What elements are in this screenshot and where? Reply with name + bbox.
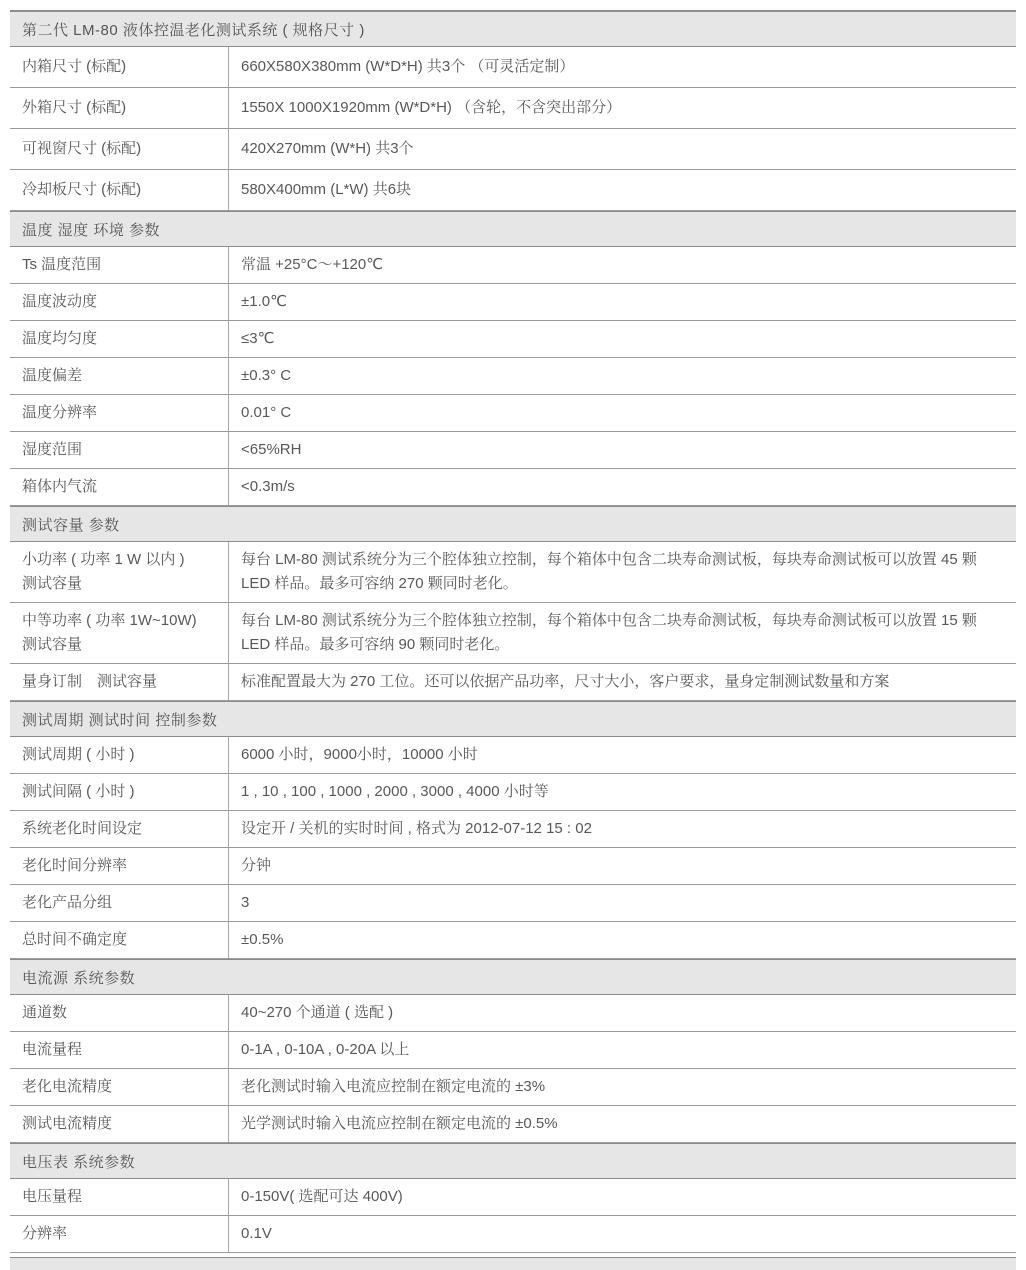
section-header-text: 测试容量 参数	[22, 514, 120, 535]
spec-value-text: 660X580X380mm (W*D*H) 共3个 （可灵活定制）	[241, 55, 574, 79]
table-row: 通道数 40~270 个通道 ( 选配 )	[10, 995, 1016, 1032]
table-row: 温度波动度 ±1.0℃	[10, 284, 1016, 321]
spec-label: 箱体内气流	[10, 469, 228, 505]
section-header-current-source: 电流源 系统参数	[10, 959, 1016, 995]
spec-label: 测试周期 ( 小时 )	[10, 737, 228, 773]
table-row: 测试电流精度 光学测试时输入电流应控制在额定电流的 ±0.5%	[10, 1106, 1016, 1143]
table-row: 老化产品分组 3	[10, 885, 1016, 922]
spec-value-text: 常温 +25°C～+120℃	[241, 253, 383, 277]
section-header-voltmeter: 电压表 系统参数	[10, 1143, 1016, 1179]
section-header-text: 测试周期 测试时间 控制参数	[22, 709, 217, 730]
table-row: 系统老化时间设定 设定开 / 关机的实时时间 , 格式为 2012-07-12 …	[10, 811, 1016, 848]
spec-label: 量身订制 测试容量	[10, 664, 228, 700]
section-header-text: 电压表 系统参数	[22, 1151, 135, 1172]
spec-label: 测试电流精度	[10, 1106, 228, 1142]
spec-value: 420X270mm (W*H) 共3个	[228, 129, 1016, 169]
table-row: 电流量程 0-1A , 0-10A , 0-20A 以上	[10, 1032, 1016, 1069]
spec-value-text: 设定开 / 关机的实时时间 , 格式为 2012-07-12 15 : 02	[241, 817, 592, 841]
spec-value-text: 标准配置最大为 270 工位。还可以依据产品功率，尺寸大小，客户要求，量身定制测…	[241, 670, 889, 694]
spec-value-text: ±1.0℃	[241, 290, 287, 314]
spec-label: 测试间隔 ( 小时 )	[10, 774, 228, 810]
spec-value: 老化测试时输入电流应控制在额定电流的 ±3%	[228, 1069, 1016, 1105]
page-title: 第二代 LM-80 液体控温老化测试系统 ( 规格尺寸 )	[10, 10, 1016, 47]
spec-value: <65%RH	[228, 432, 1016, 468]
spec-value-text: 老化测试时输入电流应控制在额定电流的 ±3%	[241, 1075, 545, 1099]
spec-value: 每台 LM-80 测试系统分为三个腔体独立控制，每个箱体中包含二块寿命测试板，每…	[228, 542, 1016, 602]
spec-value-text: 0-1A , 0-10A , 0-20A 以上	[241, 1038, 409, 1062]
spec-value-text: <0.3m/s	[241, 475, 295, 499]
spec-value: 1550X 1000X1920mm (W*D*H) （含轮，不含突出部分）	[228, 88, 1016, 128]
table-row: 内箱尺寸 (标配) 660X580X380mm (W*D*H) 共3个 （可灵活…	[10, 47, 1016, 88]
spec-value-text: 1 , 10 , 100 , 1000 , 2000 , 3000 , 4000…	[241, 780, 549, 804]
table-row: 测试间隔 ( 小时 ) 1 , 10 , 100 , 1000 , 2000 ,…	[10, 774, 1016, 811]
spec-value: 分钟	[228, 848, 1016, 884]
spec-label: 温度偏差	[10, 358, 228, 394]
section-header-text: 温度 湿度 环境 参数	[22, 219, 160, 240]
table-row: 中等功率 ( 功率 1W~10W) 测试容量 每台 LM-80 测试系统分为三个…	[10, 603, 1016, 664]
spec-value-text: <65%RH	[241, 438, 301, 462]
spec-label: 电流量程	[10, 1032, 228, 1068]
spec-value-text: 420X270mm (W*H) 共3个	[241, 137, 414, 161]
spec-label: 总时间不确定度	[10, 922, 228, 958]
spec-value: ±1.0℃	[228, 284, 1016, 320]
spec-value-text: 每台 LM-80 测试系统分为三个腔体独立控制，每个箱体中包含二块寿命测试板，每…	[241, 609, 1006, 657]
cutoff-section-band	[10, 1257, 1016, 1270]
spec-value: 6000 小时，9000小时，10000 小时	[228, 737, 1016, 773]
section-header-temperature: 温度 湿度 环境 参数	[10, 211, 1016, 247]
spec-value-text: 40~270 个通道 ( 选配 )	[241, 1001, 393, 1025]
table-row: 温度均匀度 ≤3℃	[10, 321, 1016, 358]
spec-label: 老化时间分辨率	[10, 848, 228, 884]
spec-value: ±0.3° C	[228, 358, 1016, 394]
spec-value: <0.3m/s	[228, 469, 1016, 505]
spec-label: 外箱尺寸 (标配)	[10, 90, 228, 126]
spec-label: 温度分辨率	[10, 395, 228, 431]
spec-value-text: 580X400mm (L*W) 共6块	[241, 178, 411, 202]
table-row: 量身订制 测试容量 标准配置最大为 270 工位。还可以依据产品功率，尺寸大小，…	[10, 664, 1016, 701]
spec-value-text: 每台 LM-80 测试系统分为三个腔体独立控制，每个箱体中包含二块寿命测试板，每…	[241, 548, 1006, 596]
page-title-text: 第二代 LM-80 液体控温老化测试系统 ( 规格尺寸 )	[22, 19, 365, 40]
table-row: 老化时间分辨率 分钟	[10, 848, 1016, 885]
table-row: 箱体内气流 <0.3m/s	[10, 469, 1016, 506]
table-row: 冷却板尺寸 (标配) 580X400mm (L*W) 共6块	[10, 170, 1016, 211]
spec-label: 小功率 ( 功率 1 W 以内 ) 测试容量	[10, 542, 228, 602]
spec-value-text: ±0.3° C	[241, 364, 291, 388]
table-row: 电压量程 0-150V( 选配可达 400V)	[10, 1179, 1016, 1216]
spec-label: 可视窗尺寸 (标配)	[10, 131, 228, 167]
spec-label: 冷却板尺寸 (标配)	[10, 172, 228, 208]
table-row: 小功率 ( 功率 1 W 以内 ) 测试容量 每台 LM-80 测试系统分为三个…	[10, 542, 1016, 603]
spec-label: 分辨率	[10, 1216, 228, 1252]
spec-value-text: 1550X 1000X1920mm (W*D*H) （含轮，不含突出部分）	[241, 96, 621, 120]
spec-value: 常温 +25°C～+120℃	[228, 247, 1016, 283]
spec-label: 通道数	[10, 995, 228, 1031]
spec-value-text: 0.01° C	[241, 401, 291, 425]
spec-value-text: 3	[241, 891, 249, 915]
section-capacity: 小功率 ( 功率 1 W 以内 ) 测试容量 每台 LM-80 测试系统分为三个…	[10, 542, 1016, 701]
table-row: 可视窗尺寸 (标配) 420X270mm (W*H) 共3个	[10, 129, 1016, 170]
spec-value: 0-1A , 0-10A , 0-20A 以上	[228, 1032, 1016, 1068]
spec-value: ±0.5%	[228, 922, 1016, 958]
spec-value: 0.1V	[228, 1216, 1016, 1252]
spec-label: 老化电流精度	[10, 1069, 228, 1105]
spec-value: 设定开 / 关机的实时时间 , 格式为 2012-07-12 15 : 02	[228, 811, 1016, 847]
spec-value: 0-150V( 选配可达 400V)	[228, 1179, 1016, 1215]
table-row: 外箱尺寸 (标配) 1550X 1000X1920mm (W*D*H) （含轮，…	[10, 88, 1016, 129]
spec-value: 每台 LM-80 测试系统分为三个腔体独立控制，每个箱体中包含二块寿命测试板，每…	[228, 603, 1016, 663]
spec-label: 老化产品分组	[10, 885, 228, 921]
table-row: Ts 温度范围 常温 +25°C～+120℃	[10, 247, 1016, 284]
spec-value-text: ≤3℃	[241, 327, 274, 351]
section-current-source: 通道数 40~270 个通道 ( 选配 ) 电流量程 0-1A , 0-10A …	[10, 995, 1016, 1143]
section-header-capacity: 测试容量 参数	[10, 506, 1016, 542]
table-row: 湿度范围 <65%RH	[10, 432, 1016, 469]
spec-value-text: 光学测试时输入电流应控制在额定电流的 ±0.5%	[241, 1112, 558, 1136]
spec-value-text: 0.1V	[241, 1222, 272, 1246]
spec-value: 660X580X380mm (W*D*H) 共3个 （可灵活定制）	[228, 47, 1016, 87]
section-header-cycle: 测试周期 测试时间 控制参数	[10, 701, 1016, 737]
table-row: 总时间不确定度 ±0.5%	[10, 922, 1016, 959]
spec-label: Ts 温度范围	[10, 247, 228, 283]
spec-value: 580X400mm (L*W) 共6块	[228, 170, 1016, 210]
spec-label: 系统老化时间设定	[10, 811, 228, 847]
section-dimensions: 内箱尺寸 (标配) 660X580X380mm (W*D*H) 共3个 （可灵活…	[10, 47, 1016, 211]
spec-label: 中等功率 ( 功率 1W~10W) 测试容量	[10, 603, 228, 663]
spec-value: 0.01° C	[228, 395, 1016, 431]
spec-value: 光学测试时输入电流应控制在额定电流的 ±0.5%	[228, 1106, 1016, 1142]
table-row: 老化电流精度 老化测试时输入电流应控制在额定电流的 ±3%	[10, 1069, 1016, 1106]
table-row: 温度分辨率 0.01° C	[10, 395, 1016, 432]
spec-sheet: 第二代 LM-80 液体控温老化测试系统 ( 规格尺寸 ) 内箱尺寸 (标配) …	[10, 10, 1016, 1270]
spec-value: ≤3℃	[228, 321, 1016, 357]
spec-label: 内箱尺寸 (标配)	[10, 49, 228, 85]
spec-label: 湿度范围	[10, 432, 228, 468]
section-cycle: 测试周期 ( 小时 ) 6000 小时，9000小时，10000 小时 测试间隔…	[10, 737, 1016, 959]
spec-label: 电压量程	[10, 1179, 228, 1215]
spec-value-text: 0-150V( 选配可达 400V)	[241, 1185, 403, 1209]
table-row: 分辨率 0.1V	[10, 1216, 1016, 1253]
spec-label: 温度波动度	[10, 284, 228, 320]
section-header-text: 电流源 系统参数	[22, 967, 135, 988]
section-temperature: Ts 温度范围 常温 +25°C～+120℃ 温度波动度 ±1.0℃ 温度均匀度…	[10, 247, 1016, 506]
table-row: 温度偏差 ±0.3° C	[10, 358, 1016, 395]
spec-label: 温度均匀度	[10, 321, 228, 357]
spec-value-text: 分钟	[241, 854, 271, 878]
spec-value-text: 6000 小时，9000小时，10000 小时	[241, 743, 478, 767]
table-row: 测试周期 ( 小时 ) 6000 小时，9000小时，10000 小时	[10, 737, 1016, 774]
spec-value: 3	[228, 885, 1016, 921]
spec-value-text: ±0.5%	[241, 928, 283, 952]
section-voltmeter: 电压量程 0-150V( 选配可达 400V) 分辨率 0.1V	[10, 1179, 1016, 1253]
spec-value: 1 , 10 , 100 , 1000 , 2000 , 3000 , 4000…	[228, 774, 1016, 810]
spec-value: 标准配置最大为 270 工位。还可以依据产品功率，尺寸大小，客户要求，量身定制测…	[228, 664, 1016, 700]
spec-value: 40~270 个通道 ( 选配 )	[228, 995, 1016, 1031]
